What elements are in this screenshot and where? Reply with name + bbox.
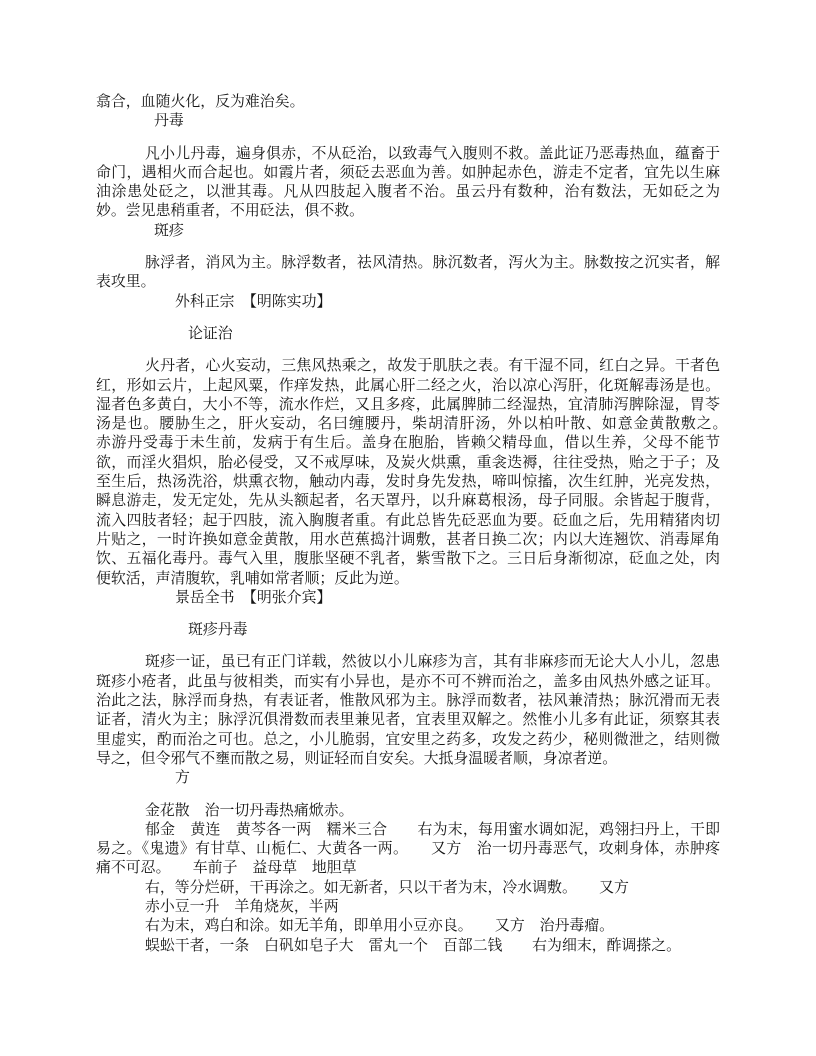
blank-line bbox=[96, 131, 720, 144]
blank-line bbox=[96, 639, 720, 652]
subsection-heading: 斑疹 bbox=[96, 221, 720, 240]
body-paragraph: 蜈蚣干者，一条 白矾如皂子大 雷丸一个 百部二钱 右为细末，酢调搽之。 bbox=[96, 936, 720, 955]
body-paragraph: 右为末，鸡白和涂。如无羊角，即单用小豆亦良。 又方 治丹毒瘤。 bbox=[96, 916, 720, 935]
body-paragraph: 凡小儿丹毒，遍身俱赤，不从砭治，以致毒气入腹则不救。盖此证乃恶毒热血，蕴畜于命门… bbox=[96, 144, 720, 221]
body-paragraph: 赤小豆一升 羊角烧灰，半两 bbox=[96, 897, 720, 916]
blank-line bbox=[96, 788, 720, 801]
blank-line bbox=[96, 343, 720, 356]
blank-line bbox=[96, 607, 720, 620]
body-paragraph: 右，等分烂研，干再涂之。如无新者，只以干者为末，冷水调敷。 又方 bbox=[96, 878, 720, 897]
continuation-line: 翕合，血随火化，反为难治矣。 bbox=[96, 92, 720, 111]
blank-line bbox=[96, 240, 720, 253]
subsection-heading: 丹毒 bbox=[96, 111, 720, 130]
book-source-heading: 方 bbox=[96, 768, 720, 787]
blank-line bbox=[96, 311, 720, 324]
document-page: 翕合，血随火化，反为难治矣。丹毒凡小儿丹毒，遍身俱赤，不从砭治，以致毒气入腹则不… bbox=[96, 92, 720, 955]
body-paragraph: 金花散 治一切丹毒热痛焮赤。 bbox=[96, 801, 720, 820]
body-paragraph: 斑疹一证，虽已有正门详载，然彼以小儿麻疹为言，其有非麻疹而无论大人小儿，忽患斑疹… bbox=[96, 652, 720, 768]
body-paragraph: 郁金 黄连 黄芩各一两 糯米三合 右为末，每用蜜水调如泥，鸡翎扫丹上，干即易之。… bbox=[96, 820, 720, 878]
section-heading: 论证治 bbox=[96, 324, 720, 343]
book-source-heading: 景岳全书 【明张介宾】 bbox=[96, 588, 720, 607]
section-heading: 斑疹丹毒 bbox=[96, 620, 720, 639]
body-paragraph: 脉浮者，消风为主。脉浮数者，祛风清热。脉沉数者，泻火为主。脉数按之沉实者，解表攻… bbox=[96, 253, 720, 292]
book-source-heading: 外科正宗 【明陈实功】 bbox=[96, 292, 720, 311]
body-paragraph: 火丹者，心火妄动，三焦风热乘之，故发于肌肤之表。有干湿不同，红白之异。干者色红，… bbox=[96, 356, 720, 588]
